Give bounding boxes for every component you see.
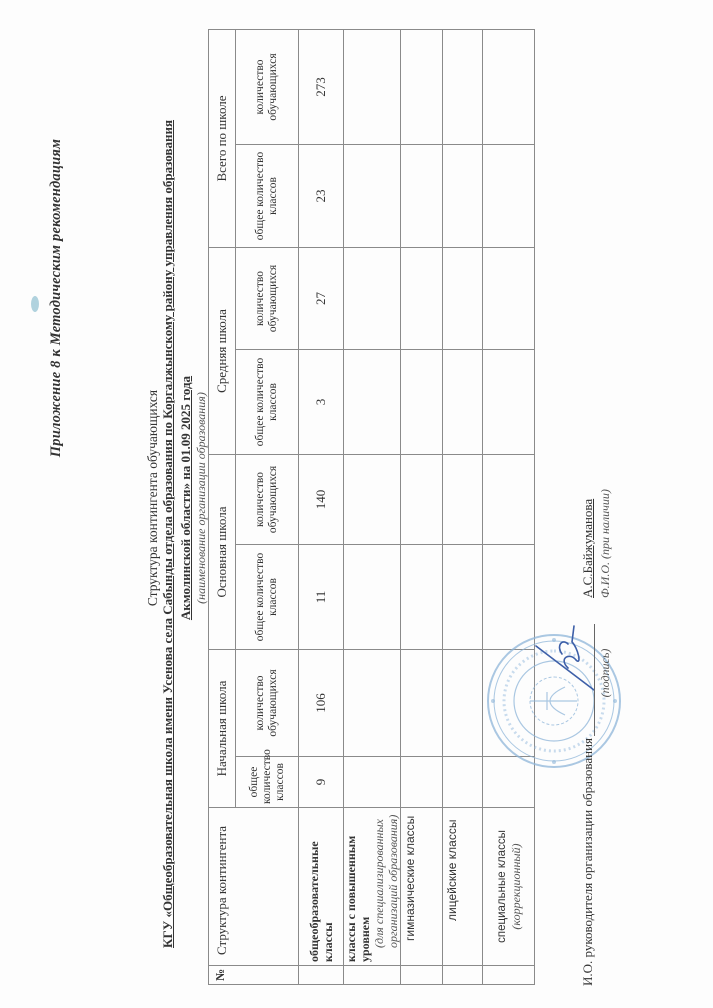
cell-secondary-classes [483,350,535,455]
cell-primary-students: 106 [299,650,344,757]
cell-secondary-students [443,248,483,350]
row-number [483,966,535,985]
header-primary-classes: общее количество классов [236,757,299,808]
header-total-students: количество обучающихся [236,30,299,145]
header-secondary-classes: общее количество классов [236,350,299,455]
row-label-note: (для специализированных организаций обра… [372,811,400,962]
cell-secondary-classes [401,350,443,455]
row-number [443,966,483,985]
cell-basic-students [483,455,535,545]
header-primary-students: количество обучающихся [236,650,299,757]
cell-primary-classes: 9 [299,757,344,808]
table-row: гимназические классы [401,30,443,985]
header-number: № [209,966,299,985]
header-primary-school: Начальная школа [209,650,236,808]
document-title: Структура контингента обучающихся [145,218,161,778]
signature-line [594,624,595,736]
scanned-document-page: Приложение 8 к Методическим рекомендация… [0,0,713,1008]
row-label: специальные классы (коррекционный) [483,808,535,966]
table-header-row-groups: № Структура контингента Начальная школа … [209,30,236,985]
cell-total-students: 273 [299,30,344,145]
cell-primary-classes [344,757,401,808]
cell-basic-classes [443,545,483,650]
row-number [299,966,344,985]
cell-basic-students [344,455,401,545]
cell-basic-classes: 11 [299,545,344,650]
row-label-text: специальные классы [495,811,509,962]
cell-total-students [401,30,443,145]
ink-blot-mark [28,294,40,314]
cell-total-students [344,30,401,145]
table-row: лицейские классы [443,30,483,985]
cell-basic-students [443,455,483,545]
report-date: на 01.09 2025 года [178,376,193,483]
header-basic-classes: общее количество классов [236,545,299,650]
cell-basic-classes [401,545,443,650]
row-label: классы с повышенным уровнем (для специал… [344,808,401,966]
row-label: гимназические классы [401,808,443,966]
cell-total-classes: 23 [299,145,344,248]
cell-primary-students [344,650,401,757]
cell-total-students [483,30,535,145]
header-secondary-school: Средняя школа [209,248,236,455]
header-basic-students: количество обучающихся [236,455,299,545]
header-school-total: Всего по школе [209,30,236,248]
cell-primary-classes [443,757,483,808]
cell-basic-students [401,455,443,545]
signature-role-label: И.О. руководителя организации образовани… [580,738,596,986]
header-total-classes: общее количество классов [236,145,299,248]
cell-secondary-students [344,248,401,350]
organization-name-line1: КГУ «Общеобразовательная школа имени Усе… [160,68,176,948]
organization-region: Акмолинской области» [178,483,193,620]
cell-primary-classes [401,757,443,808]
cell-total-classes [483,145,535,248]
cell-secondary-students [401,248,443,350]
row-label-text: классы с повышенным уровнем [344,811,372,962]
appendix-note: Приложение 8 к Методическим рекомендация… [48,18,65,578]
cell-secondary-classes: 3 [299,350,344,455]
row-label-text: общеобразовательные классы [307,841,335,962]
organization-caption: (наименование организации образования) [194,288,209,708]
cell-total-students [443,30,483,145]
cell-total-classes [443,145,483,248]
handwritten-signature-icon [528,618,598,698]
table-row: специальные классы (коррекционный) [483,30,535,985]
cell-secondary-classes [443,350,483,455]
cell-basic-classes [344,545,401,650]
row-number [344,966,401,985]
header-secondary-students: количество обучающихся [236,248,299,350]
organization-name-line2: Акмолинской области» на 01.09 2025 года [178,288,194,708]
cell-basic-students: 140 [299,455,344,545]
table-row: общеобразовательные классы 9 106 11 140 … [299,30,344,985]
row-number [401,966,443,985]
cell-total-classes [401,145,443,248]
cell-secondary-students [483,248,535,350]
cell-primary-students [401,650,443,757]
cell-primary-students [443,650,483,757]
header-structure: Структура контингента [209,808,299,966]
cell-secondary-students: 27 [299,248,344,350]
row-label: общеобразовательные классы [299,808,344,966]
contingent-structure-table: № Структура контингента Начальная школа … [208,29,535,985]
table-row: классы с повышенным уровнем (для специал… [344,30,401,985]
head-name-caption: Ф.И.О. (при наличии) [598,489,613,598]
signature-caption: (подпись) [598,618,613,728]
row-label: лицейские классы [443,808,483,966]
row-label-note: (коррекционный) [509,811,523,962]
cell-secondary-classes [344,350,401,455]
head-name: А.С.Байжуманова [580,499,596,598]
cell-total-classes [344,145,401,248]
header-basic-school: Основная школа [209,455,236,650]
